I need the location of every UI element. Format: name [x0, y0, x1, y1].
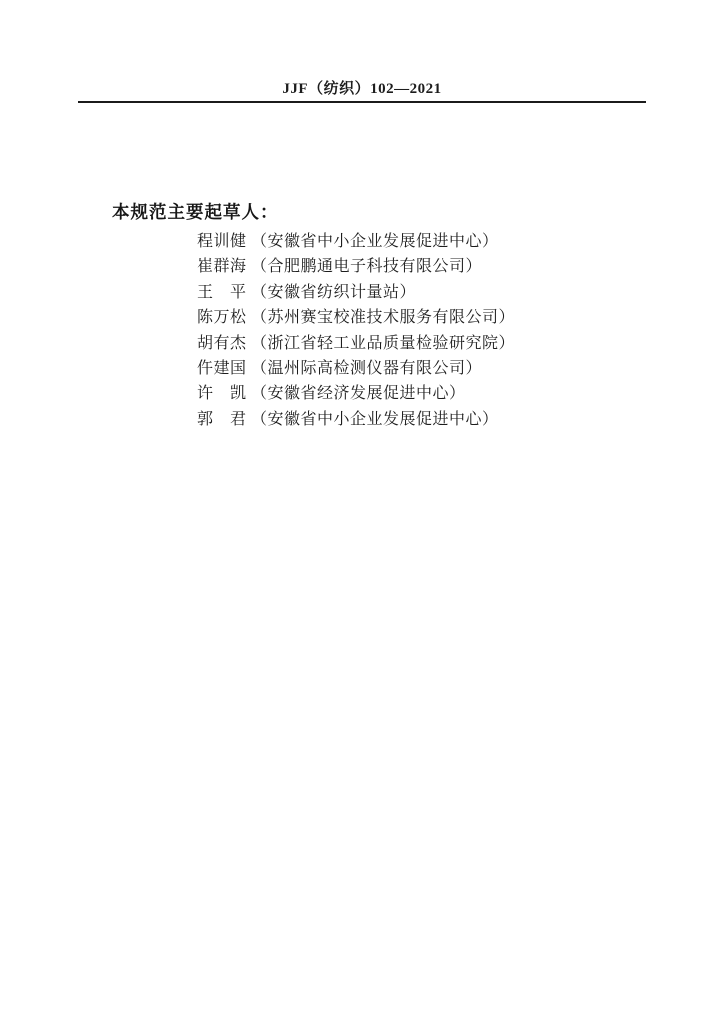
drafter-row: 崔群海（合肥鹏通电子科技有限公司）	[197, 254, 515, 279]
drafter-name: 程训健	[197, 229, 248, 254]
header-rule-divider	[78, 101, 646, 103]
drafter-name: 王 平	[197, 280, 248, 305]
drafter-affiliation: （合肥鹏通电子科技有限公司）	[251, 258, 482, 275]
drafter-row: 陈万松（苏州赛宝校准技术服务有限公司）	[197, 305, 515, 330]
page-header: JJF（纺织）102—2021	[0, 77, 724, 98]
drafter-name: 胡有杰	[197, 331, 248, 356]
drafter-affiliation: （安徽省经济发展促进中心）	[251, 385, 466, 402]
drafter-affiliation: （安徽省纺织计量站）	[251, 284, 416, 301]
drafter-row: 许 凯（安徽省经济发展促进中心）	[197, 381, 515, 406]
drafter-affiliation: （安徽省中小企业发展促进中心）	[251, 411, 499, 428]
drafter-affiliation: （安徽省中小企业发展促进中心）	[251, 233, 499, 250]
drafter-name: 仵建国	[197, 356, 248, 381]
drafter-row: 胡有杰（浙江省轻工业品质量检验研究院）	[197, 331, 515, 356]
drafter-name: 陈万松	[197, 305, 248, 330]
section-heading: 本规范主要起草人：	[112, 201, 279, 223]
drafter-name: 许 凯	[197, 381, 248, 406]
drafter-affiliation: （浙江省轻工业品质量检验研究院）	[251, 335, 515, 352]
drafter-affiliation: （苏州赛宝校准技术服务有限公司）	[251, 309, 515, 326]
drafters-list: 程训健（安徽省中小企业发展促进中心） 崔群海（合肥鹏通电子科技有限公司） 王 平…	[197, 229, 515, 432]
drafter-name: 崔群海	[197, 254, 248, 279]
drafter-name: 郭 君	[197, 407, 248, 432]
page-header-text: JJF（纺织）102—2021	[282, 81, 441, 97]
drafter-row: 郭 君（安徽省中小企业发展促进中心）	[197, 407, 515, 432]
drafter-row: 王 平（安徽省纺织计量站）	[197, 280, 515, 305]
drafter-row: 仵建国（温州际高检测仪器有限公司）	[197, 356, 515, 381]
drafter-row: 程训健（安徽省中小企业发展促进中心）	[197, 229, 515, 254]
document-page: JJF（纺织）102—2021 本规范主要起草人： 程训健（安徽省中小企业发展促…	[0, 0, 724, 1024]
drafter-affiliation: （温州际高检测仪器有限公司）	[251, 360, 482, 377]
